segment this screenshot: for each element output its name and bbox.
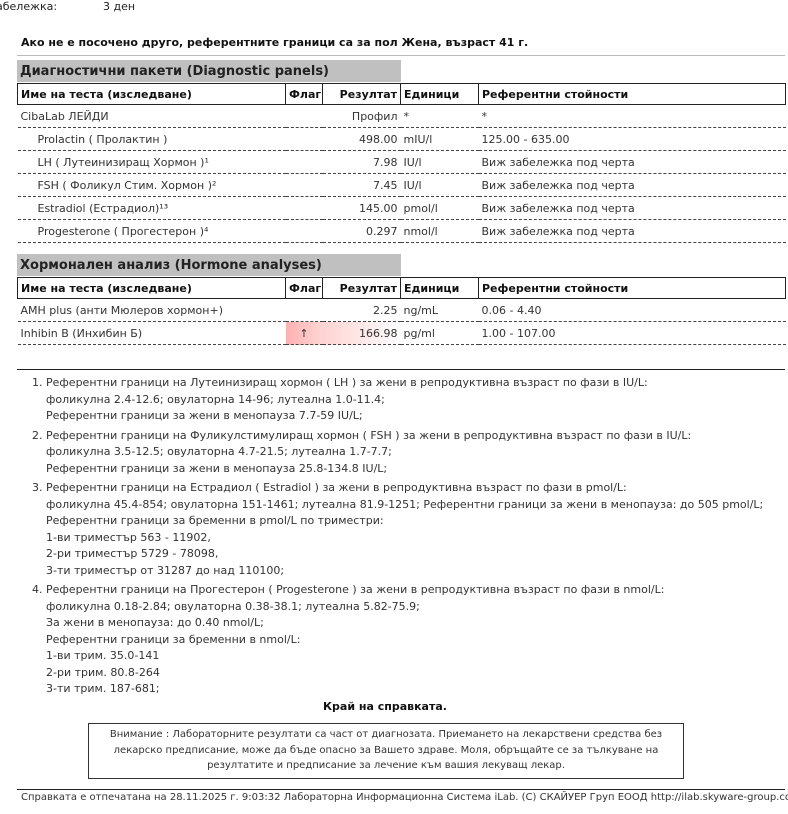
table-row: Progesterone ( Прогестерон )⁴0.297nmol/l… — [18, 220, 786, 243]
reference-range: 125.00 - 635.00 — [479, 128, 786, 151]
test-name: AMH plus (анти Мюлеров хормон+) — [18, 299, 286, 322]
units: mIU/l — [401, 128, 479, 151]
table-row: Prolactin ( Пролактин )498.00mIU/l125.00… — [18, 128, 786, 151]
top-note-label: абележка: — [0, 0, 57, 13]
footnote-line: Референтни граници за бременни в pmol/L … — [46, 513, 788, 530]
print-footer: Справката е отпечатана на 28.11.2025 г. … — [21, 792, 788, 803]
divider — [17, 55, 785, 56]
table-row: LH ( Лутеинизиращ Хормон )¹7.98IU/lВиж з… — [18, 151, 786, 174]
footnote-item: Референтни граници на Прогестерон ( Prog… — [46, 582, 788, 698]
column-header-reference: Референтни стойности — [479, 84, 786, 105]
reference-range: Виж забележка под черта — [479, 151, 786, 174]
footnotes-list: Референтни граници на Лутеинизиращ хормо… — [20, 375, 788, 701]
table-header: Име на теста (изследване) Флаг Резултат … — [18, 84, 786, 105]
results-table-hormone-analyses: Име на теста (изследване) Флаг Резултат … — [17, 277, 786, 345]
result-value: 498.00 — [323, 128, 401, 151]
reference-range: Виж забележка под черта — [479, 174, 786, 197]
column-header-units: Единици — [401, 84, 479, 105]
footer-divider — [17, 789, 785, 790]
table-row: FSH ( Фоликул Стим. Хормон )²7.45IU/lВиж… — [18, 174, 786, 197]
footnote-line: Референтни граници за бременни в nmol/L: — [46, 632, 788, 649]
units: ng/mL — [401, 299, 479, 322]
footnote-line: фоликулна 2.4-12.6; овулаторна 14-96; лу… — [46, 392, 788, 409]
footnote-line: фоликулна 0.18-2.84; овулаторна 0.38-38.… — [46, 599, 788, 616]
flag-cell — [286, 128, 323, 151]
footnote-line: Референтни граници на Естрадиол ( Estrad… — [46, 480, 788, 497]
top-note-value: 3 ден — [103, 0, 135, 13]
result-value: 0.297 — [323, 220, 401, 243]
result-value: Профил — [323, 105, 401, 128]
test-name: Prolactin ( Пролактин ) — [18, 128, 286, 151]
section-title-diagnostic-panels: Диагностични пакети (Diagnostic panels) — [17, 60, 401, 82]
units: IU/l — [401, 174, 479, 197]
units: * — [401, 105, 479, 128]
reference-range: 0.06 - 4.40 — [479, 299, 786, 322]
footnote-line: фоликулна 45.4-854; овулаторна 151-1461;… — [46, 497, 788, 514]
flag-cell — [286, 105, 323, 128]
flag-cell — [286, 174, 323, 197]
column-header-result: Резултат — [323, 84, 401, 105]
footnote-item: Референтни граници на Лутеинизиращ хормо… — [46, 375, 788, 425]
flag-cell — [286, 151, 323, 174]
arrow-up-icon: ↑ — [286, 322, 323, 345]
footnote-line: 3-ти трим. 187-681; — [46, 681, 788, 698]
column-header-units: Единици — [401, 278, 479, 299]
units: nmol/l — [401, 220, 479, 243]
footnote-line: 2-ри триместър 5729 - 78098, — [46, 546, 788, 563]
table-row: Estradiol (Естрадиол)¹³145.00pmol/lВиж з… — [18, 197, 786, 220]
test-name: Inhibin B (Инхибин Б) — [18, 322, 286, 345]
table-header: Име на теста (изследване) Флаг Резултат … — [18, 278, 786, 299]
section-title-hormone-analyses: Хормонален анализ (Hormone analyses) — [17, 254, 401, 276]
table-row: CibaLab ЛЕЙДИПрофил** — [18, 105, 786, 128]
reference-range: * — [479, 105, 786, 128]
reference-range: Виж забележка под черта — [479, 220, 786, 243]
top-note: абележка: 3 ден — [0, 0, 57, 13]
footnote-item: Референтни граници на Естрадиол ( Estrad… — [46, 480, 788, 579]
result-value: 7.45 — [323, 174, 401, 197]
test-name: Progesterone ( Прогестерон )⁴ — [18, 220, 286, 243]
test-name: FSH ( Фоликул Стим. Хормон )² — [18, 174, 286, 197]
results-table-diagnostic-panels: Име на теста (изследване) Флаг Резултат … — [17, 83, 786, 243]
reference-range: 1.00 - 107.00 — [479, 322, 786, 345]
table-row: Inhibin B (Инхибин Б)↑166.98pg/ml1.00 - … — [18, 322, 786, 345]
column-header-name: Име на теста (изследване) — [18, 278, 286, 299]
flag-cell — [286, 197, 323, 220]
footnote-line: Референтни граници на Прогестерон ( Prog… — [46, 582, 788, 599]
table-row: AMH plus (анти Мюлеров хормон+)2.25ng/mL… — [18, 299, 786, 322]
footnote-line: Референтни граници на Лутеинизиращ хормо… — [46, 375, 788, 392]
footnote-line: фоликулна 3.5-12.5; овулаторна 4.7-21.5;… — [46, 444, 788, 461]
test-name: LH ( Лутеинизиращ Хормон )¹ — [18, 151, 286, 174]
footnote-line: Референтни граници за жени в менопауза 7… — [46, 408, 788, 425]
footnote-line: 1-ви триместър 563 - 11902, — [46, 530, 788, 547]
result-value: 2.25 — [323, 299, 401, 322]
footnote-line: Референтни граници за жени в менопауза 2… — [46, 461, 788, 478]
test-name: CibaLab ЛЕЙДИ — [18, 105, 286, 128]
result-value: 145.00 — [323, 197, 401, 220]
result-value: 166.98 — [323, 322, 401, 345]
result-value: 7.98 — [323, 151, 401, 174]
column-header-flag: Флаг — [286, 84, 323, 105]
flag-cell — [286, 299, 323, 322]
notes-divider — [17, 369, 785, 370]
column-header-result: Резултат — [323, 278, 401, 299]
column-header-name: Име на теста (изследване) — [18, 84, 286, 105]
units: IU/l — [401, 151, 479, 174]
reference-intro: Ако не е посочено друго, референтните гр… — [21, 36, 528, 49]
footnote-item: Референтни граници на Фуликулстимулиращ … — [46, 428, 788, 478]
column-header-flag: Флаг — [286, 278, 323, 299]
units: pg/ml — [401, 322, 479, 345]
column-header-reference: Референтни стойности — [479, 278, 786, 299]
footnote-line: За жени в менопауза: до 0.40 nmol/L; — [46, 615, 788, 632]
end-of-report-title: Край на справката. — [0, 700, 770, 713]
test-name: Estradiol (Естрадиол)¹³ — [18, 197, 286, 220]
flag-cell — [286, 220, 323, 243]
footnote-line: 1-ви трим. 35.0-141 — [46, 648, 788, 665]
units: pmol/l — [401, 197, 479, 220]
footnote-line: 3-ти триместър от 31287 до над 110100; — [46, 563, 788, 580]
disclaimer-box: Внимание : Лабораторните резултати са ча… — [88, 723, 684, 779]
footnote-line: Референтни граници на Фуликулстимулиращ … — [46, 428, 788, 445]
footnote-line: 2-ри трим. 80.8-264 — [46, 665, 788, 682]
reference-range: Виж забележка под черта — [479, 197, 786, 220]
